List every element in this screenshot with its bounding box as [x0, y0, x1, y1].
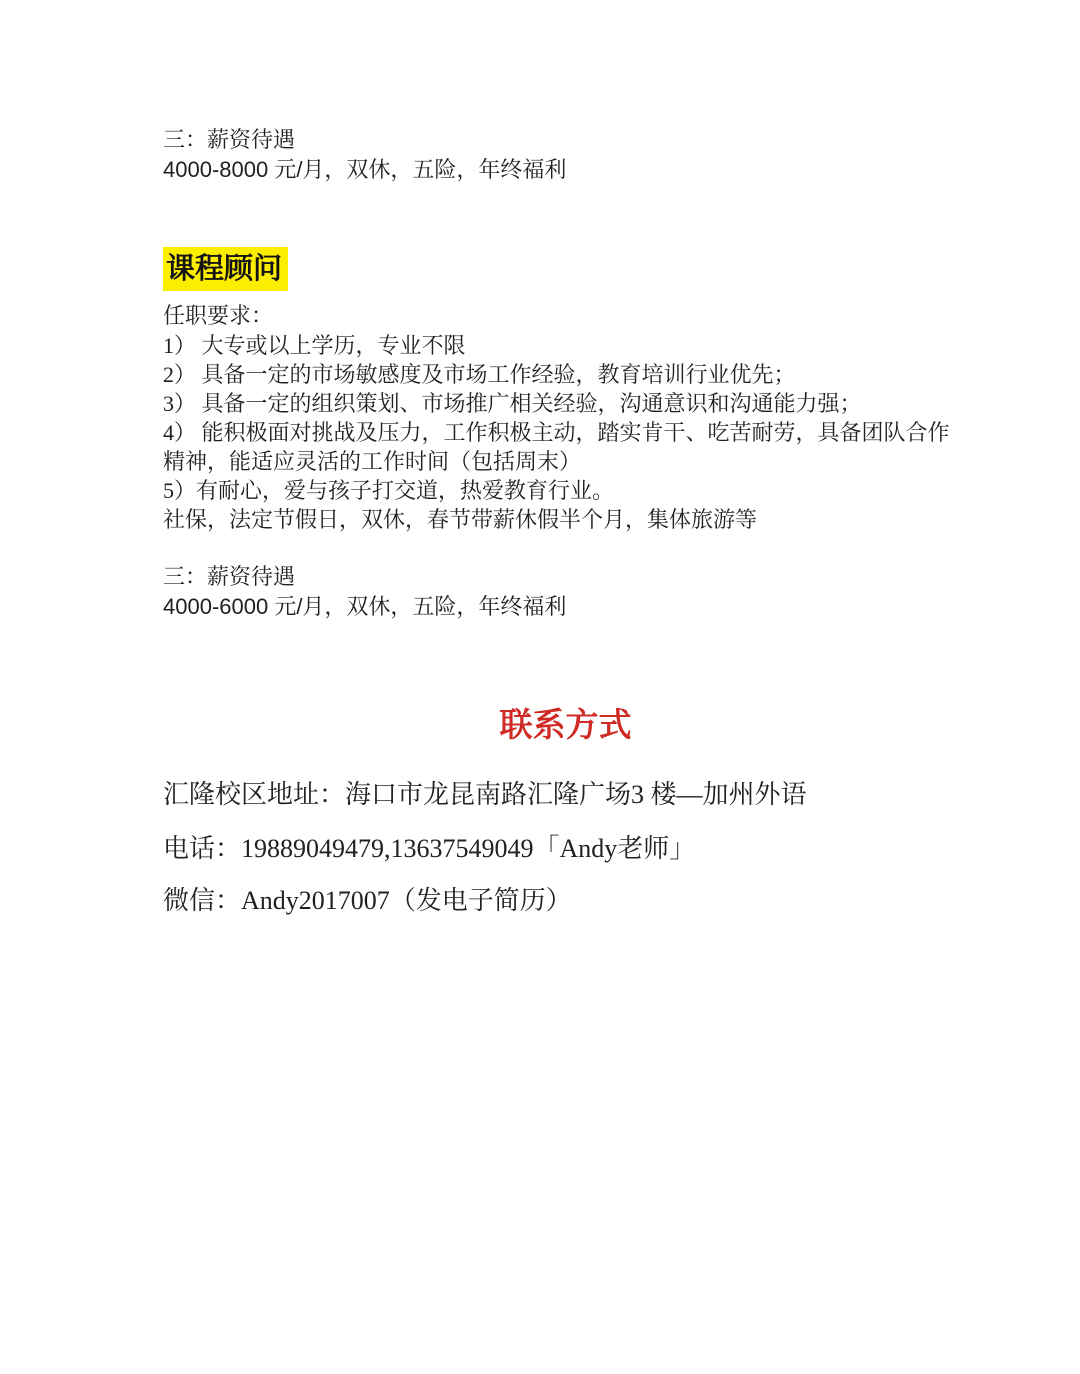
- benefits-line: 社保，法定节假日，双休，春节带薪休假半个月，集体旅游等: [163, 505, 968, 534]
- document-page: 三：薪资待遇 4000-8000 元/月，双休，五险，年终福利 课程顾问 任职要…: [0, 0, 1080, 1374]
- document-content: 三：薪资待遇 4000-8000 元/月，双休，五险，年终福利 课程顾问 任职要…: [163, 125, 968, 918]
- contact-phone: 电话：19889049479,13637549049「Andy老师」: [163, 832, 968, 866]
- job-title-section: 课程顾问: [163, 247, 968, 291]
- contact-wechat: 微信：Andy2017007（发电子简历）: [163, 884, 968, 918]
- salary-top-detail: 4000-8000 元/月，双休，五险，年终福利: [163, 155, 968, 185]
- salary-bottom-heading: 三：薪资待遇: [163, 562, 968, 592]
- contact-section-title: 联系方式: [163, 704, 968, 748]
- requirements-label: 任职要求：: [163, 301, 968, 331]
- requirement-item: 5）有耐心，爱与孩子打交道，热爱教育行业。: [163, 476, 968, 505]
- requirement-item: 1） 大专或以上学历，专业不限: [163, 331, 968, 360]
- contact-address: 汇隆校区地址：海口市龙昆南路汇隆广场3 楼—加州外语: [163, 778, 968, 812]
- requirement-item: 4） 能积极面对挑战及压力，工作积极主动，踏实肯干、吃苦耐劳，具备团队合作精神，…: [163, 418, 968, 476]
- salary-top-heading: 三：薪资待遇: [163, 125, 968, 155]
- job-title-highlighted: 课程顾问: [163, 247, 288, 291]
- requirement-item: 3） 具备一定的组织策划、市场推广相关经验，沟通意识和沟通能力强；: [163, 389, 968, 418]
- requirement-item: 2） 具备一定的市场敏感度及市场工作经验，教育培训行业优先；: [163, 360, 968, 389]
- salary-bottom-detail: 4000-6000 元/月，双休，五险，年终福利: [163, 592, 968, 622]
